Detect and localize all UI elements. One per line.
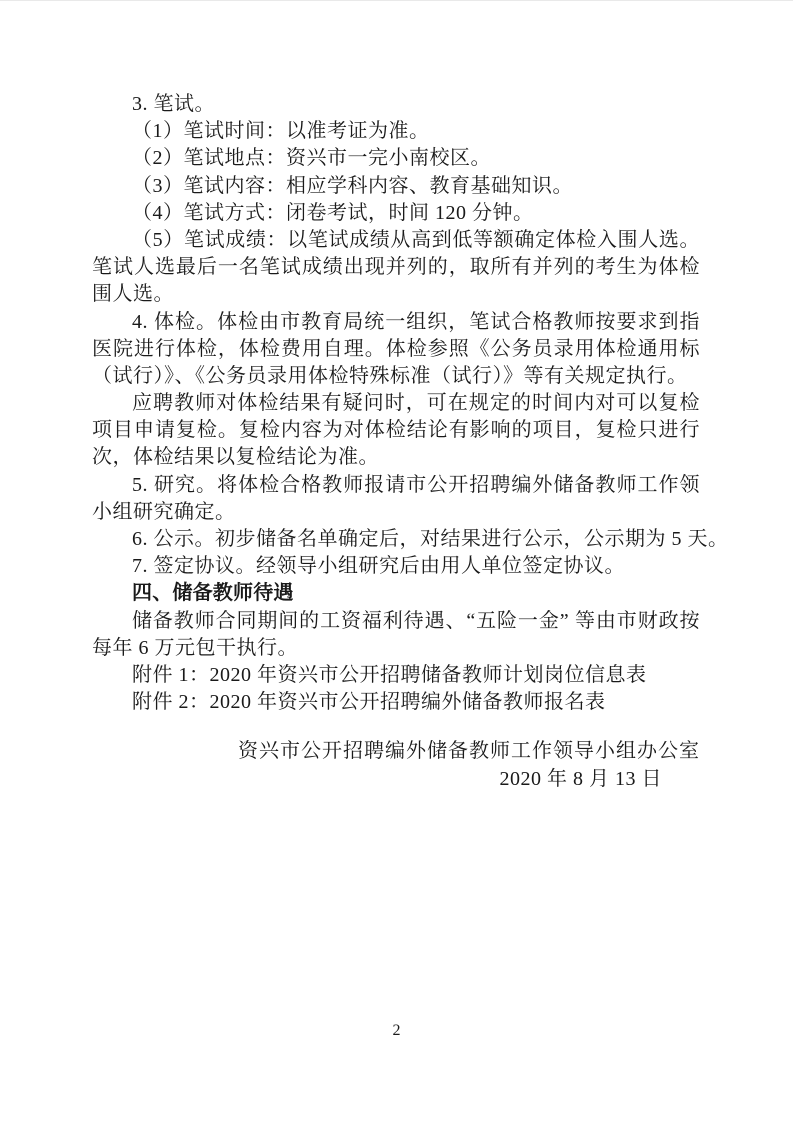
document-line: 应聘教师对体检结果有疑问时，可在规定的时间内对可以复检的 bbox=[92, 390, 700, 417]
document-body: 3. 笔试。（1）笔试时间：以准考证为准。（2）笔试地点：资兴市一完小南校区。（… bbox=[92, 91, 700, 716]
document-line: 笔试人选最后一名笔试成绩出现并列的，取所有并列的考生为体检入 bbox=[92, 254, 700, 281]
document-line: 5. 研究。将体检合格教师报请市公开招聘编外储备教师工作领导 bbox=[92, 472, 700, 499]
document-line: 附件 2：2020 年资兴市公开招聘编外储备教师报名表 bbox=[92, 689, 700, 716]
document-line: 附件 1：2020 年资兴市公开招聘储备教师计划岗位信息表 bbox=[92, 662, 700, 689]
signature-block: 资兴市公开招聘编外储备教师工作领导小组办公室 2020 年 8 月 13 日 bbox=[92, 737, 700, 793]
document-line: （试行）》、《公务员录用体检特殊标准（试行）》等有关规定执行。 bbox=[92, 363, 700, 390]
document-page: 3. 笔试。（1）笔试时间：以准考证为准。（2）笔试地点：资兴市一完小南校区。（… bbox=[0, 0, 793, 1122]
document-line: （4）笔试方式：闭卷考试，时间 120 分钟。 bbox=[92, 200, 700, 227]
page-number: 2 bbox=[0, 1021, 793, 1041]
document-line: （3）笔试内容：相应学科内容、教育基础知识。 bbox=[92, 173, 700, 200]
signature-date: 2020 年 8 月 13 日 bbox=[92, 765, 700, 793]
document-line: 次，体检结果以复检结论为准。 bbox=[92, 444, 700, 471]
signature-org: 资兴市公开招聘编外储备教师工作领导小组办公室 bbox=[92, 737, 700, 765]
document-line: 项目申请复检。复检内容为对体检结论有影响的项目，复检只进行一 bbox=[92, 417, 700, 444]
document-line: 围人选。 bbox=[92, 281, 700, 308]
document-line: 医院进行体检，体检费用自理。体检参照《公务员录用体检通用标准 bbox=[92, 336, 700, 363]
document-line: 储备教师合同期间的工资福利待遇、“五险一金” 等由市财政按 bbox=[92, 608, 700, 635]
document-line: 每年 6 万元包干执行。 bbox=[92, 635, 700, 662]
document-line: 小组研究确定。 bbox=[92, 499, 700, 526]
document-line: 7. 签定协议。经领导小组研究后由用人单位签定协议。 bbox=[92, 553, 700, 580]
document-line: 四、储备教师待遇 bbox=[92, 580, 700, 607]
document-line: 6. 公示。初步储备名单确定后，对结果进行公示，公示期为 5 天。 bbox=[92, 526, 700, 553]
document-line: 3. 笔试。 bbox=[92, 91, 700, 118]
document-line: （1）笔试时间：以准考证为准。 bbox=[92, 118, 700, 145]
document-line: 4. 体检。体检由市教育局统一组织，笔试合格教师按要求到指定 bbox=[92, 309, 700, 336]
document-line: （5）笔试成绩：以笔试成绩从高到低等额确定体检入围人选。 bbox=[92, 227, 700, 254]
document-line: （2）笔试地点：资兴市一完小南校区。 bbox=[92, 145, 700, 172]
